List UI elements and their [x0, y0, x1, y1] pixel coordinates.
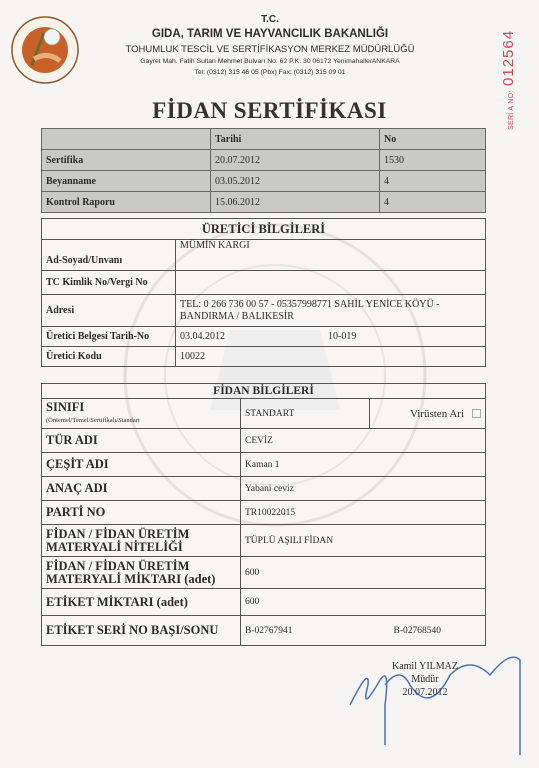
- signatory-name: Kamil YILMAZ: [370, 660, 480, 673]
- header-cell-date: Tarihi: [211, 129, 380, 150]
- page-title: FİDAN SERTİFİKASI: [0, 98, 539, 124]
- class-label: SINIFI: [46, 400, 84, 414]
- address-line-1: TEL: 0 266 736 00 57 - 05357998771 SAHİL…: [180, 299, 440, 310]
- virus-free-checkbox[interactable]: [472, 409, 481, 418]
- certificate-date: 03.04.2012: [176, 327, 325, 347]
- sapling-table: FİDAN BİLGİLERİ SINIFI (Öntemel/Temel/Se…: [41, 383, 486, 646]
- table-row: Beyanname 03.05.2012 4: [42, 171, 486, 192]
- ministry-seal-icon: [10, 15, 80, 85]
- quantity-value: 600: [241, 557, 486, 589]
- lot-label: PARTİ NO: [42, 501, 241, 525]
- directorate-name: TOHUMLUK TESCİL VE SERTİFİKASYON MERKEZ …: [90, 44, 450, 55]
- quality-label-2: MATERYALİ NİTELİĞİ: [46, 540, 183, 554]
- row-no: 1530: [380, 150, 486, 171]
- header-contact: Tel: (0312) 315 46 05 (Pbx) Fax: (0312) …: [90, 69, 450, 76]
- signature-date: 20.07.2012: [370, 686, 480, 699]
- producer-section-title: ÜRETİCİ BİLGİLERİ: [42, 219, 486, 240]
- quantity-label-2: MATERYALİ MİKTARI (adet): [46, 572, 215, 586]
- name-label: Ad-Soyad/Unvanı: [42, 240, 176, 271]
- producer-table: ÜRETİCİ BİLGİLERİ Ad-Soyad/Unvanı MÜMİN …: [41, 218, 486, 367]
- label-serial-label: ETİKET SERİ NO BAŞI/SONU: [42, 616, 241, 646]
- virus-free-label: Virüsten Ari: [410, 408, 464, 420]
- row-date: 03.05.2012: [211, 171, 380, 192]
- quantity-label-1: FİDAN / FİDAN ÜRETİM: [46, 559, 189, 573]
- row-label: Kontrol Raporu: [42, 192, 211, 213]
- class-sublabel: (Öntemel/Temel/Sertifikalı/Standart: [46, 414, 236, 427]
- certificate-label: Üretici Belgesi Tarih-No: [42, 327, 176, 347]
- address-line-2: BANDIRMA / BALIKESİR: [180, 311, 294, 322]
- table-row: Kontrol Raporu 15.06.2012 4: [42, 192, 486, 213]
- tc-value: [176, 271, 486, 295]
- row-date: 20.07.2012: [211, 150, 380, 171]
- quality-value: TÜPLÜ AŞILI FİDAN: [241, 525, 486, 557]
- signature-block: Kamil YILMAZ Müdür 20.07.2012: [370, 660, 480, 699]
- table-row: Sertifika 20.07.2012 1530: [42, 150, 486, 171]
- virus-free-cell: Virüsten Ari: [370, 399, 486, 429]
- lot-value: TR10022015: [241, 501, 486, 525]
- producer-code-value: 10022: [176, 347, 486, 367]
- header-cell: [42, 129, 211, 150]
- label-serial-start: B-02767941: [241, 616, 370, 646]
- row-label: Sertifika: [42, 150, 211, 171]
- label-serial-end: B-02768540: [370, 616, 486, 646]
- table-header-row: Tarihi No: [42, 129, 486, 150]
- name-value: MÜMİN KARGI: [176, 240, 486, 271]
- row-no: 4: [380, 192, 486, 213]
- quality-label-1: FİDAN / FİDAN ÜRETİM: [46, 527, 189, 541]
- serial-value: 012564: [500, 30, 517, 86]
- header-cell-no: No: [380, 129, 486, 150]
- row-label: Beyanname: [42, 171, 211, 192]
- header-address: Gayret Mah. Fatih Sultan Mehmet Bulvarı …: [90, 58, 450, 65]
- label-count-value: 600: [241, 589, 486, 616]
- producer-code-label: Üretici Kodu: [42, 347, 176, 367]
- sapling-section-title: FİDAN BİLGİLERİ: [42, 384, 486, 399]
- variety-label: ÇEŞİT ADI: [42, 453, 241, 477]
- ministry-name: GIDA, TARIM VE HAYVANCILIK BAKANLIĞI: [90, 28, 450, 40]
- signatory-title: Müdür: [370, 673, 480, 686]
- certificate-no: 10-019: [324, 327, 486, 347]
- rootstock-label: ANAÇ ADI: [42, 477, 241, 501]
- species-value: CEVİZ: [241, 429, 486, 453]
- species-label: TÜR ADI: [42, 429, 241, 453]
- address-label: Adresi: [42, 295, 176, 327]
- class-value: STANDART: [241, 399, 370, 429]
- row-no: 4: [380, 171, 486, 192]
- label-count-label: ETİKET MİKTARI (adet): [42, 589, 241, 616]
- header-tc: T.C.: [90, 14, 450, 25]
- row-date: 15.06.2012: [211, 192, 380, 213]
- tc-label: TC Kimlik No/Vergi No: [42, 271, 176, 295]
- documents-table: Tarihi No Sertifika 20.07.2012 1530 Beya…: [41, 128, 486, 213]
- variety-value: Kaman 1: [241, 453, 486, 477]
- rootstock-value: Yabani ceviz: [241, 477, 486, 501]
